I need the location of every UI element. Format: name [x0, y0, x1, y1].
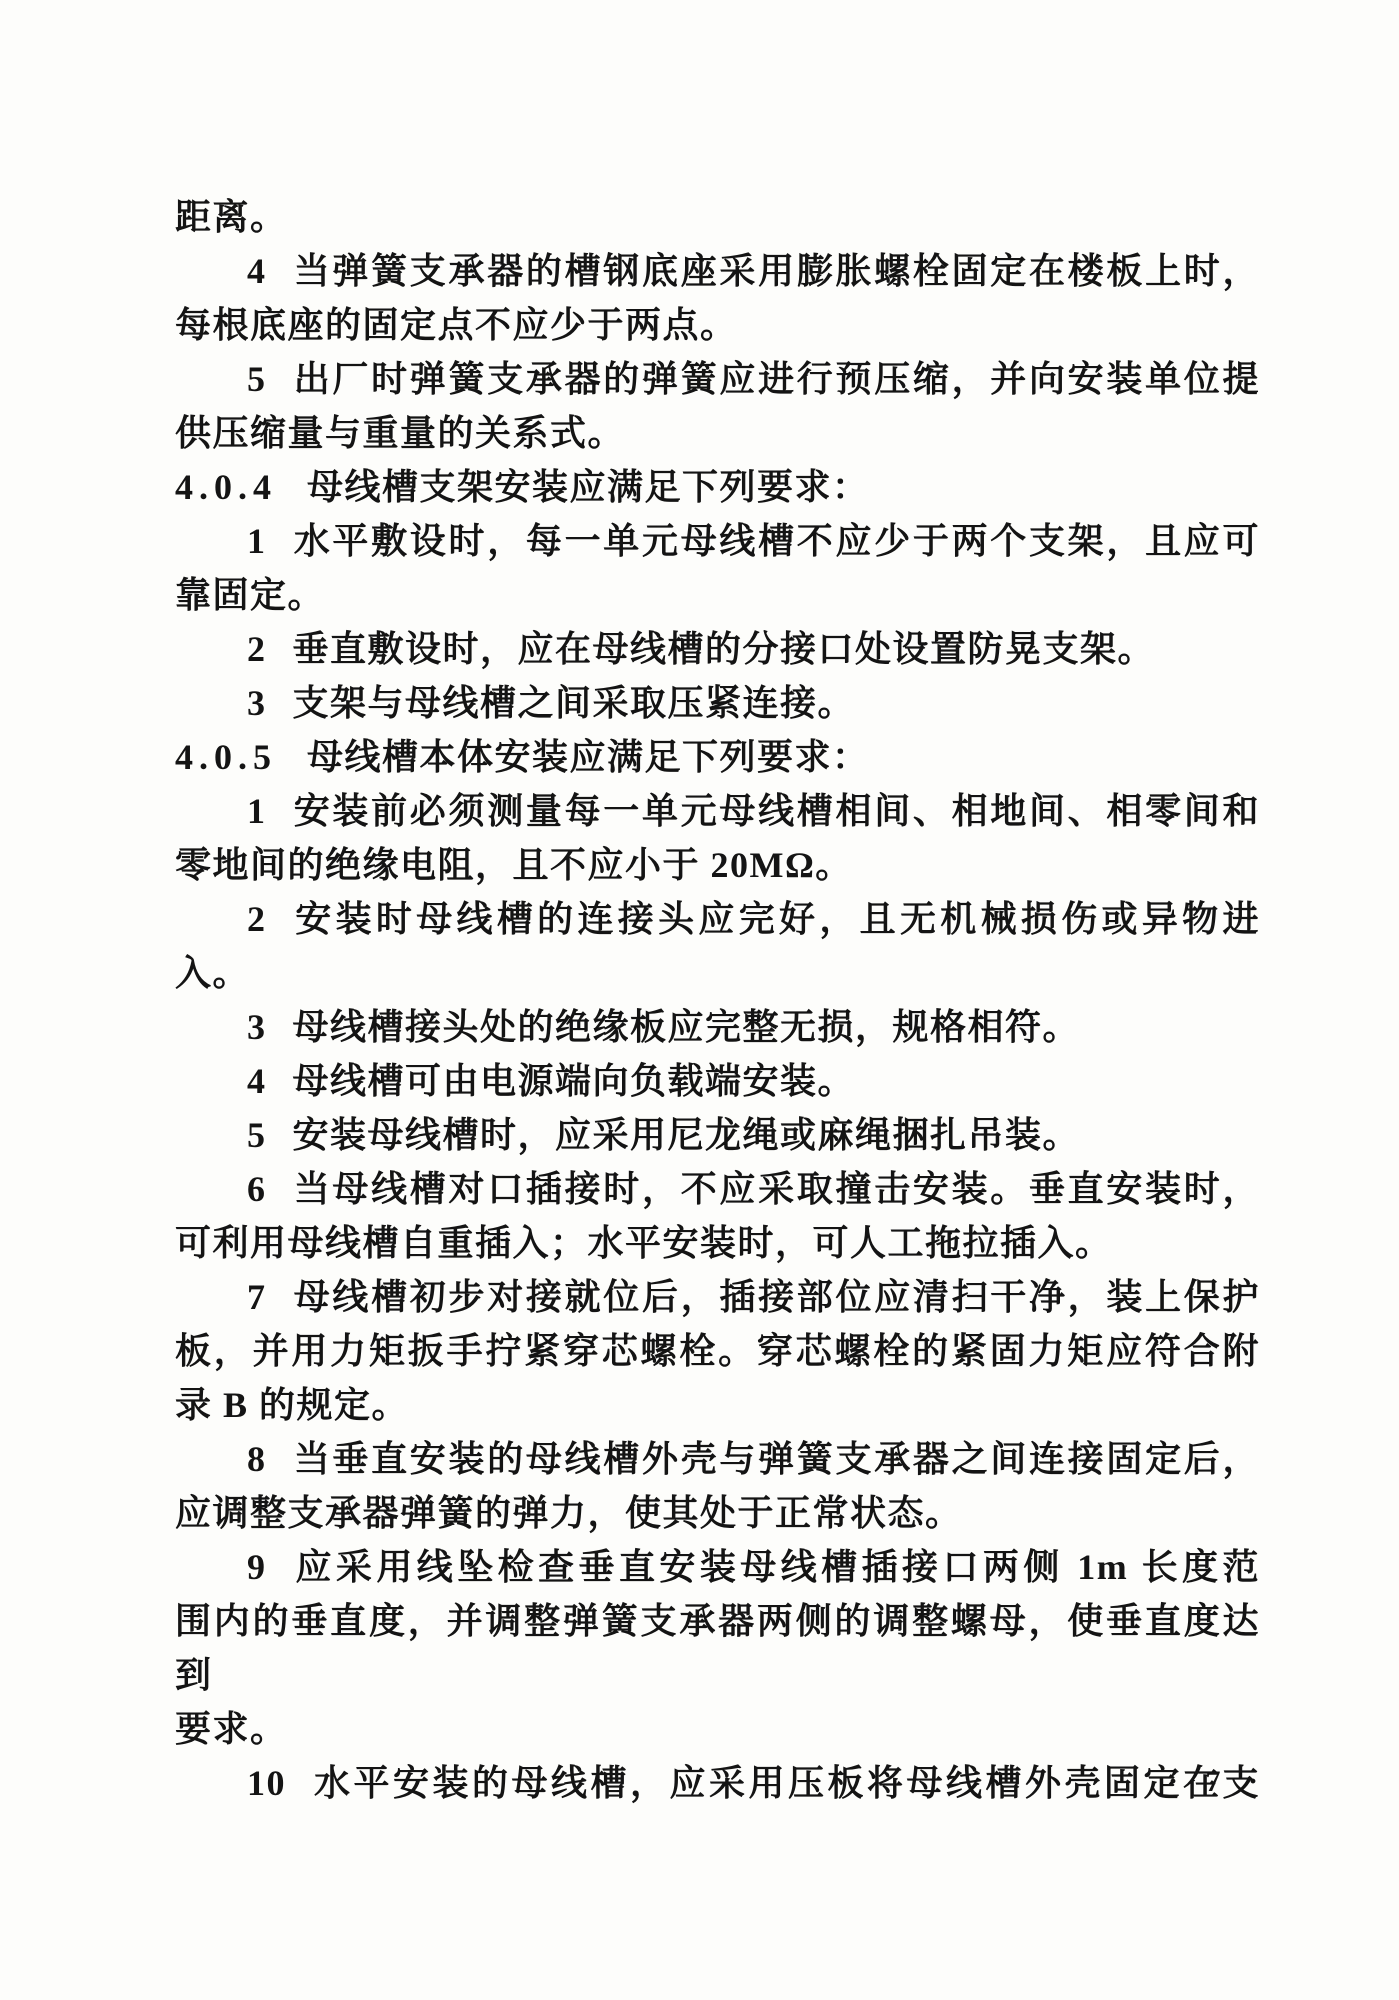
item-number: 2 [247, 899, 267, 939]
item-number: 7 [247, 1277, 267, 1317]
item-number: 3 [247, 683, 267, 723]
line-text: 供压缩量与重量的关系式。 [175, 413, 625, 453]
text-line: 8当垂直安装的母线槽外壳与弹簧支承器之间连接固定后， [175, 1432, 1260, 1486]
line-text: 板，并用力矩扳手拧紧穿芯螺栓。穿芯螺栓的紧固力矩应符合附 [175, 1331, 1260, 1371]
text-line: 5安装母线槽时，应采用尼龙绳或麻绳捆扎吊装。 [175, 1108, 1260, 1162]
text-line: 4母线槽可由电源端向负载端安装。 [175, 1054, 1260, 1108]
text-line: 每根底座的固定点不应少于两点。 [175, 298, 1260, 352]
document-page: 距离。4当弹簧支承器的槽钢底座采用膨胀螺栓固定在楼板上时，每根底座的固定点不应少… [0, 0, 1399, 2000]
line-text: 应调整支承器弹簧的弹力，使其处于正常状态。 [175, 1493, 963, 1533]
clause-number: 4.0.4 [175, 467, 277, 507]
text-line: 要求。 [175, 1702, 1260, 1756]
text-line: 6当母线槽对口插接时，不应采取撞击安装。垂直安装时， [175, 1162, 1260, 1216]
item-number: 8 [247, 1439, 267, 1479]
text-line: 板，并用力矩扳手拧紧穿芯螺栓。穿芯螺栓的紧固力矩应符合附 [175, 1324, 1260, 1378]
line-text: 母线槽支架安装应满足下列要求： [307, 467, 870, 507]
item-number: 6 [247, 1169, 267, 1209]
line-text: 要求。 [175, 1709, 288, 1749]
text-line: 距离。 [175, 190, 1260, 244]
line-text: 母线槽初步对接就位后，插接部位应清扫干净，装上保护 [293, 1277, 1261, 1317]
item-number: 1 [247, 791, 267, 831]
clause-line: 4.0.4母线槽支架安装应满足下列要求： [175, 460, 1260, 514]
text-line: 3支架与母线槽之间采取压紧连接。 [175, 676, 1260, 730]
text-line: 2安装时母线槽的连接头应完好，且无机械损伤或异物进 [175, 892, 1260, 946]
line-text: 零地间的绝缘电阻，且不应小于 20MΩ。 [175, 845, 853, 885]
line-text: 当母线槽对口插接时，不应采取撞击安装。垂直安装时， [293, 1169, 1261, 1209]
line-text: 安装前必须测量每一单元母线槽相间、相地间、相零间和 [293, 791, 1261, 831]
text-line: 9应采用线坠检查垂直安装母线槽插接口两侧 1m 长度范 [175, 1540, 1260, 1594]
item-number: 9 [247, 1547, 267, 1587]
line-text: 围内的垂直度，并调整弹簧支承器两侧的调整螺母，使垂直度达到 [175, 1601, 1260, 1695]
line-text: 母线槽接头处的绝缘板应完整无损，规格相符。 [293, 1007, 1081, 1047]
text-line: 靠固定。 [175, 568, 1260, 622]
line-text: 可利用母线槽自重插入；水平安装时，可人工拖拉插入。 [175, 1223, 1113, 1263]
text-line: 1水平敷设时，每一单元母线槽不应少于两个支架，且应可 [175, 514, 1260, 568]
line-text: 支架与母线槽之间采取压紧连接。 [293, 683, 856, 723]
text-line: 7母线槽初步对接就位后，插接部位应清扫干净，装上保护 [175, 1270, 1260, 1324]
item-number: 3 [247, 1007, 267, 1047]
item-number: 2 [247, 629, 267, 669]
line-text: 当垂直安装的母线槽外壳与弹簧支承器之间连接固定后， [293, 1439, 1261, 1479]
line-text: 安装时母线槽的连接头应完好，且无机械损伤或异物进 [293, 899, 1261, 939]
line-text: 母线槽本体安装应满足下列要求： [307, 737, 870, 777]
line-text: 出厂时弹簧支承器的弹簧应进行预压缩，并向安装单位提 [293, 359, 1261, 399]
text-line: 3母线槽接头处的绝缘板应完整无损，规格相符。 [175, 1000, 1260, 1054]
line-text: 安装母线槽时，应采用尼龙绳或麻绳捆扎吊装。 [293, 1115, 1081, 1155]
text-line: 零地间的绝缘电阻，且不应小于 20MΩ。 [175, 838, 1260, 892]
line-text: 靠固定。 [175, 575, 325, 615]
item-number: 1 [247, 521, 267, 561]
document-body: 距离。4当弹簧支承器的槽钢底座采用膨胀螺栓固定在楼板上时，每根底座的固定点不应少… [175, 190, 1260, 1810]
text-line: 4当弹簧支承器的槽钢底座采用膨胀螺栓固定在楼板上时， [175, 244, 1260, 298]
line-text: 应采用线坠检查垂直安装母线槽插接口两侧 1m 长度范 [293, 1547, 1261, 1587]
line-text: 距离。 [175, 197, 288, 237]
text-line: 录 B 的规定。 [175, 1378, 1260, 1432]
item-number: 5 [247, 359, 267, 399]
line-text: 水平敷设时，每一单元母线槽不应少于两个支架，且应可 [293, 521, 1261, 561]
item-number: 4 [247, 251, 267, 291]
text-line: 应调整支承器弹簧的弹力，使其处于正常状态。 [175, 1486, 1260, 1540]
line-text: 入。 [175, 953, 250, 993]
clause-line: 4.0.5母线槽本体安装应满足下列要求： [175, 730, 1260, 784]
line-text: 录 B 的规定。 [175, 1385, 409, 1425]
text-line: 1安装前必须测量每一单元母线槽相间、相地间、相零间和 [175, 784, 1260, 838]
item-number: 4 [247, 1061, 267, 1101]
text-line: 5出厂时弹簧支承器的弹簧应进行预压缩，并向安装单位提 [175, 352, 1260, 406]
text-line: 供压缩量与重量的关系式。 [175, 406, 1260, 460]
text-line: 可利用母线槽自重插入；水平安装时，可人工拖拉插入。 [175, 1216, 1260, 1270]
text-line: 围内的垂直度，并调整弹簧支承器两侧的调整螺母，使垂直度达到 [175, 1594, 1260, 1702]
line-text: 当弹簧支承器的槽钢底座采用膨胀螺栓固定在楼板上时， [293, 251, 1261, 291]
text-line: 入。 [175, 946, 1260, 1000]
item-number: 5 [247, 1115, 267, 1155]
clause-number: 4.0.5 [175, 737, 277, 777]
page-number: · 7 · [175, 1762, 1260, 1802]
line-text: 垂直敷设时，应在母线槽的分接口处设置防晃支架。 [293, 629, 1156, 669]
text-line: 2垂直敷设时，应在母线槽的分接口处设置防晃支架。 [175, 622, 1260, 676]
line-text: 母线槽可由电源端向负载端安装。 [293, 1061, 856, 1101]
line-text: 每根底座的固定点不应少于两点。 [175, 305, 738, 345]
